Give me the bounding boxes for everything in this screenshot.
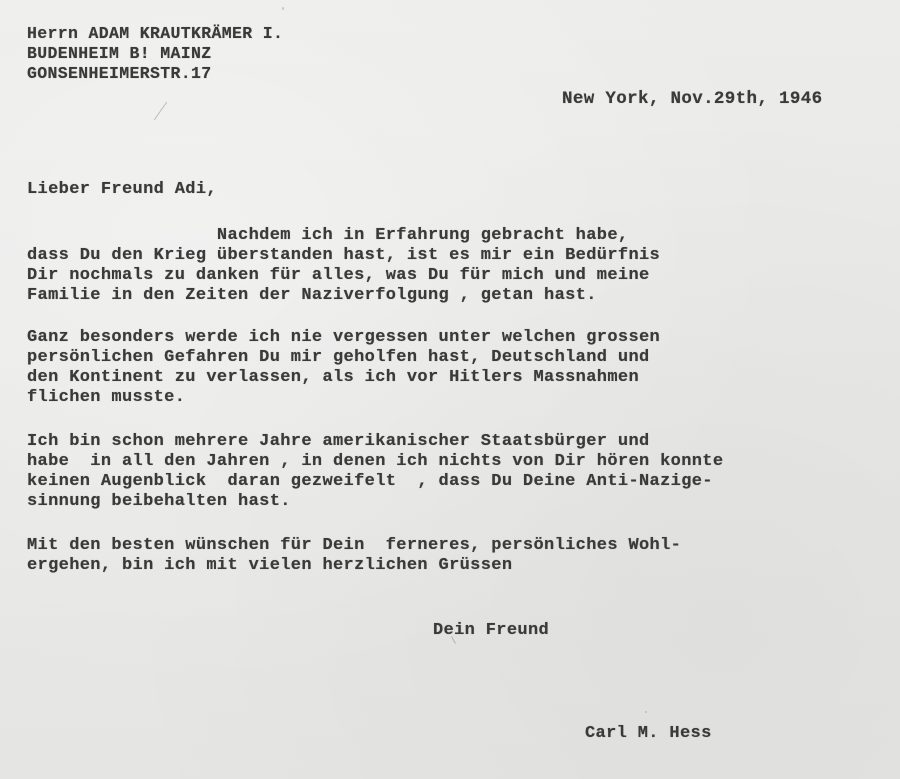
recipient-city: BUDENHEIM B! MAINZ	[27, 44, 212, 64]
paragraph-line: Familie in den Zeiten der Naziverfolgung…	[27, 286, 597, 306]
paper-scratch	[154, 102, 167, 121]
paragraph-line: persönlichen Gefahren Du mir geholfen ha…	[27, 348, 650, 368]
typewritten-letter: Herrn ADAM KRAUTKRÄMER I. BUDENHEIM B! M…	[0, 0, 900, 779]
place-date: New York, Nov.29th, 1946	[562, 89, 822, 109]
paragraph-line: habe in all den Jahren , in denen ich ni…	[27, 452, 723, 472]
recipient-name: Herrn ADAM KRAUTKRÄMER I.	[27, 24, 283, 44]
paragraph-line: Nachdem ich in Erfahrung gebracht habe,	[27, 226, 628, 246]
paragraph-line: sinnung beibehalten hast.	[27, 492, 291, 512]
salutation: Lieber Freund Adi,	[27, 180, 217, 200]
paper-speck	[282, 7, 284, 10]
paragraph-line: Dir nochmals zu danken für alles, was Du…	[27, 266, 650, 286]
paragraph-line: Ganz besonders werde ich nie vergessen u…	[27, 328, 660, 348]
paragraph-line: Mit den besten wünschen für Dein fernere…	[27, 536, 681, 556]
closing: Dein Freund	[433, 621, 549, 641]
paragraph-line: flichen musste.	[27, 388, 185, 408]
paragraph-line: ergehen, bin ich mit vielen herzlichen G…	[27, 556, 512, 576]
recipient-street: GONSENHEIMERSTR.17	[27, 64, 212, 84]
paragraph-line: keinen Augenblick daran gezweifelt , das…	[27, 472, 713, 492]
paragraph-line: Ich bin schon mehrere Jahre amerikanisch…	[27, 432, 650, 452]
paper-speck	[645, 711, 647, 713]
signature-name: Carl M. Hess	[585, 724, 712, 744]
paragraph-line: den Kontinent zu verlassen, als ich vor …	[27, 368, 639, 388]
paragraph-line: dass Du den Krieg überstanden hast, ist …	[27, 246, 660, 266]
